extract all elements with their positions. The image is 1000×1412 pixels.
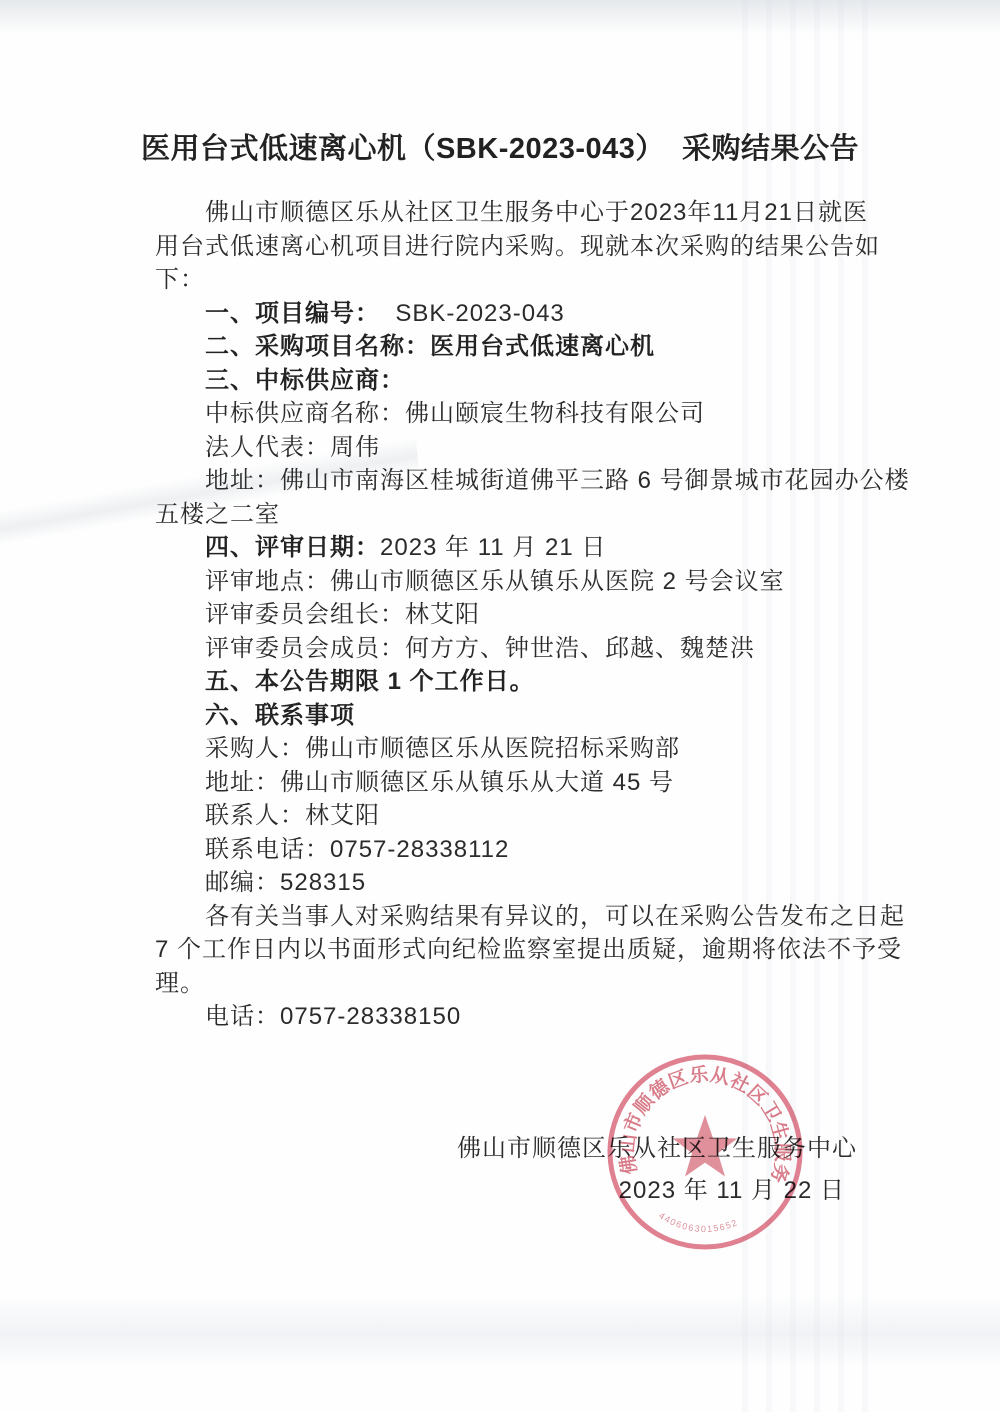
line-text: 下： <box>155 266 205 293</box>
document-page: 医用台式低速离心机（SBK-2023-043） 采购结果公告 佛山市顺德区乐从社… <box>0 0 1000 1412</box>
doc-line: 一、项目编号： SBK-2023-043 <box>155 297 861 331</box>
signature-org: 佛山市顺德区乐从社区卫生服务中心 <box>457 1128 857 1170</box>
doc-line: 电话：0757-28338150 <box>155 1000 861 1034</box>
doc-line: 联系人：林艾阳 <box>155 799 861 833</box>
line-text: 评审地点：佛山市顺德区乐从镇乐从医院 2 号会议室 <box>205 568 785 595</box>
doc-line: 评审委员会组长：林艾阳 <box>155 598 861 632</box>
doc-line: 法人代表：周伟 <box>155 431 861 465</box>
doc-line: 下： <box>155 263 861 297</box>
line-text: 五楼之二室 <box>155 501 280 528</box>
doc-line: 评审地点：佛山市顺德区乐从镇乐从医院 2 号会议室 <box>155 565 861 599</box>
doc-line: 评审委员会成员：何方方、钟世浩、邱越、魏楚洪 <box>155 632 861 666</box>
doc-line: 联系电话：0757-28338112 <box>155 833 861 867</box>
line-text: 7 个工作日内以书面形式向纪检监察室提出质疑，逾期将依法不予受 <box>155 936 902 963</box>
doc-line: 地址：佛山市南海区桂城街道佛平三路 6 号御景城市花园办公楼 <box>155 464 861 498</box>
line-text: 采购人：佛山市顺德区乐从医院招标采购部 <box>205 735 680 762</box>
line-text: 2023 年 11 月 21 日 <box>380 534 606 561</box>
line-text: 联系人：林艾阳 <box>205 802 380 829</box>
doc-line: 各有关当事人对采购结果有异议的，可以在采购公告发布之日起 <box>155 900 861 934</box>
line-bold: 三、中标供应商： <box>205 367 405 394</box>
line-bold: 二、采购项目名称：医用台式低速离心机 <box>205 333 655 360</box>
doc-line: 理。 <box>155 967 861 1001</box>
doc-line: 五、本公告期限 1 个工作日。 <box>155 665 861 699</box>
line-text: 理。 <box>155 970 205 997</box>
line-text: 地址：佛山市南海区桂城街道佛平三路 6 号御景城市花园办公楼 <box>205 467 910 494</box>
signature-block: 佛山市顺德区乐从社区卫生服务中心 2023 年 11 月 22 日 <box>457 1128 857 1212</box>
line-bold: 四、评审日期： <box>205 534 380 561</box>
doc-line: 佛山市顺德区乐从社区卫生服务中心于2023年11月21日就医 <box>155 196 861 230</box>
line-text: 佛山市顺德区乐从社区卫生服务中心于2023年11月21日就医 <box>205 199 868 226</box>
line-text: 评审委员会组长：林艾阳 <box>205 601 480 628</box>
line-bold: 五、本公告期限 1 个工作日。 <box>205 668 535 695</box>
line-text: 用台式低速离心机项目进行院内采购。现就本次采购的结果公告如 <box>155 233 880 260</box>
line-text: 法人代表：周伟 <box>205 434 380 461</box>
signature-date: 2023 年 11 月 22 日 <box>457 1170 857 1212</box>
doc-line: 用台式低速离心机项目进行院内采购。现就本次采购的结果公告如 <box>155 230 861 264</box>
doc-line: 六、联系事项 <box>155 699 861 733</box>
scan-artifact-top-shadow <box>0 0 1000 46</box>
line-bold: 一、项目编号： <box>205 300 380 327</box>
line-text: 中标供应商名称：佛山颐宸生物科技有限公司 <box>205 400 705 427</box>
doc-line: 采购人：佛山市顺德区乐从医院招标采购部 <box>155 732 861 766</box>
line-text: 各有关当事人对采购结果有异议的，可以在采购公告发布之日起 <box>205 903 905 930</box>
line-text: 地址：佛山市顺德区乐从镇乐从大道 45 号 <box>205 769 674 796</box>
document-body: 佛山市顺德区乐从社区卫生服务中心于2023年11月21日就医 用台式低速离心机项… <box>155 196 861 1034</box>
doc-line: 地址：佛山市顺德区乐从镇乐从大道 45 号 <box>155 766 861 800</box>
line-text: 评审委员会成员：何方方、钟世浩、邱越、魏楚洪 <box>205 635 755 662</box>
line-text: 电话：0757-28338150 <box>205 1003 461 1030</box>
doc-line: 二、采购项目名称：医用台式低速离心机 <box>155 330 861 364</box>
doc-line: 四、评审日期：2023 年 11 月 21 日 <box>155 531 861 565</box>
doc-line: 中标供应商名称：佛山颐宸生物科技有限公司 <box>155 397 861 431</box>
line-text: 联系电话：0757-28338112 <box>205 836 509 863</box>
page-title: 医用台式低速离心机（SBK-2023-043） 采购结果公告 <box>0 126 1000 167</box>
line-text: SBK-2023-043 <box>380 300 565 327</box>
line-text: 邮编：528315 <box>205 869 366 896</box>
line-bold: 六、联系事项 <box>205 702 355 729</box>
doc-line: 7 个工作日内以书面形式向纪检监察室提出质疑，逾期将依法不予受 <box>155 933 861 967</box>
doc-line: 三、中标供应商： <box>155 364 861 398</box>
scan-artifact-bottom-shadow <box>0 1295 1000 1367</box>
doc-line: 邮编：528315 <box>155 866 861 900</box>
doc-line: 五楼之二室 <box>155 498 861 532</box>
seal-code: 4406063015652 <box>657 1210 740 1234</box>
